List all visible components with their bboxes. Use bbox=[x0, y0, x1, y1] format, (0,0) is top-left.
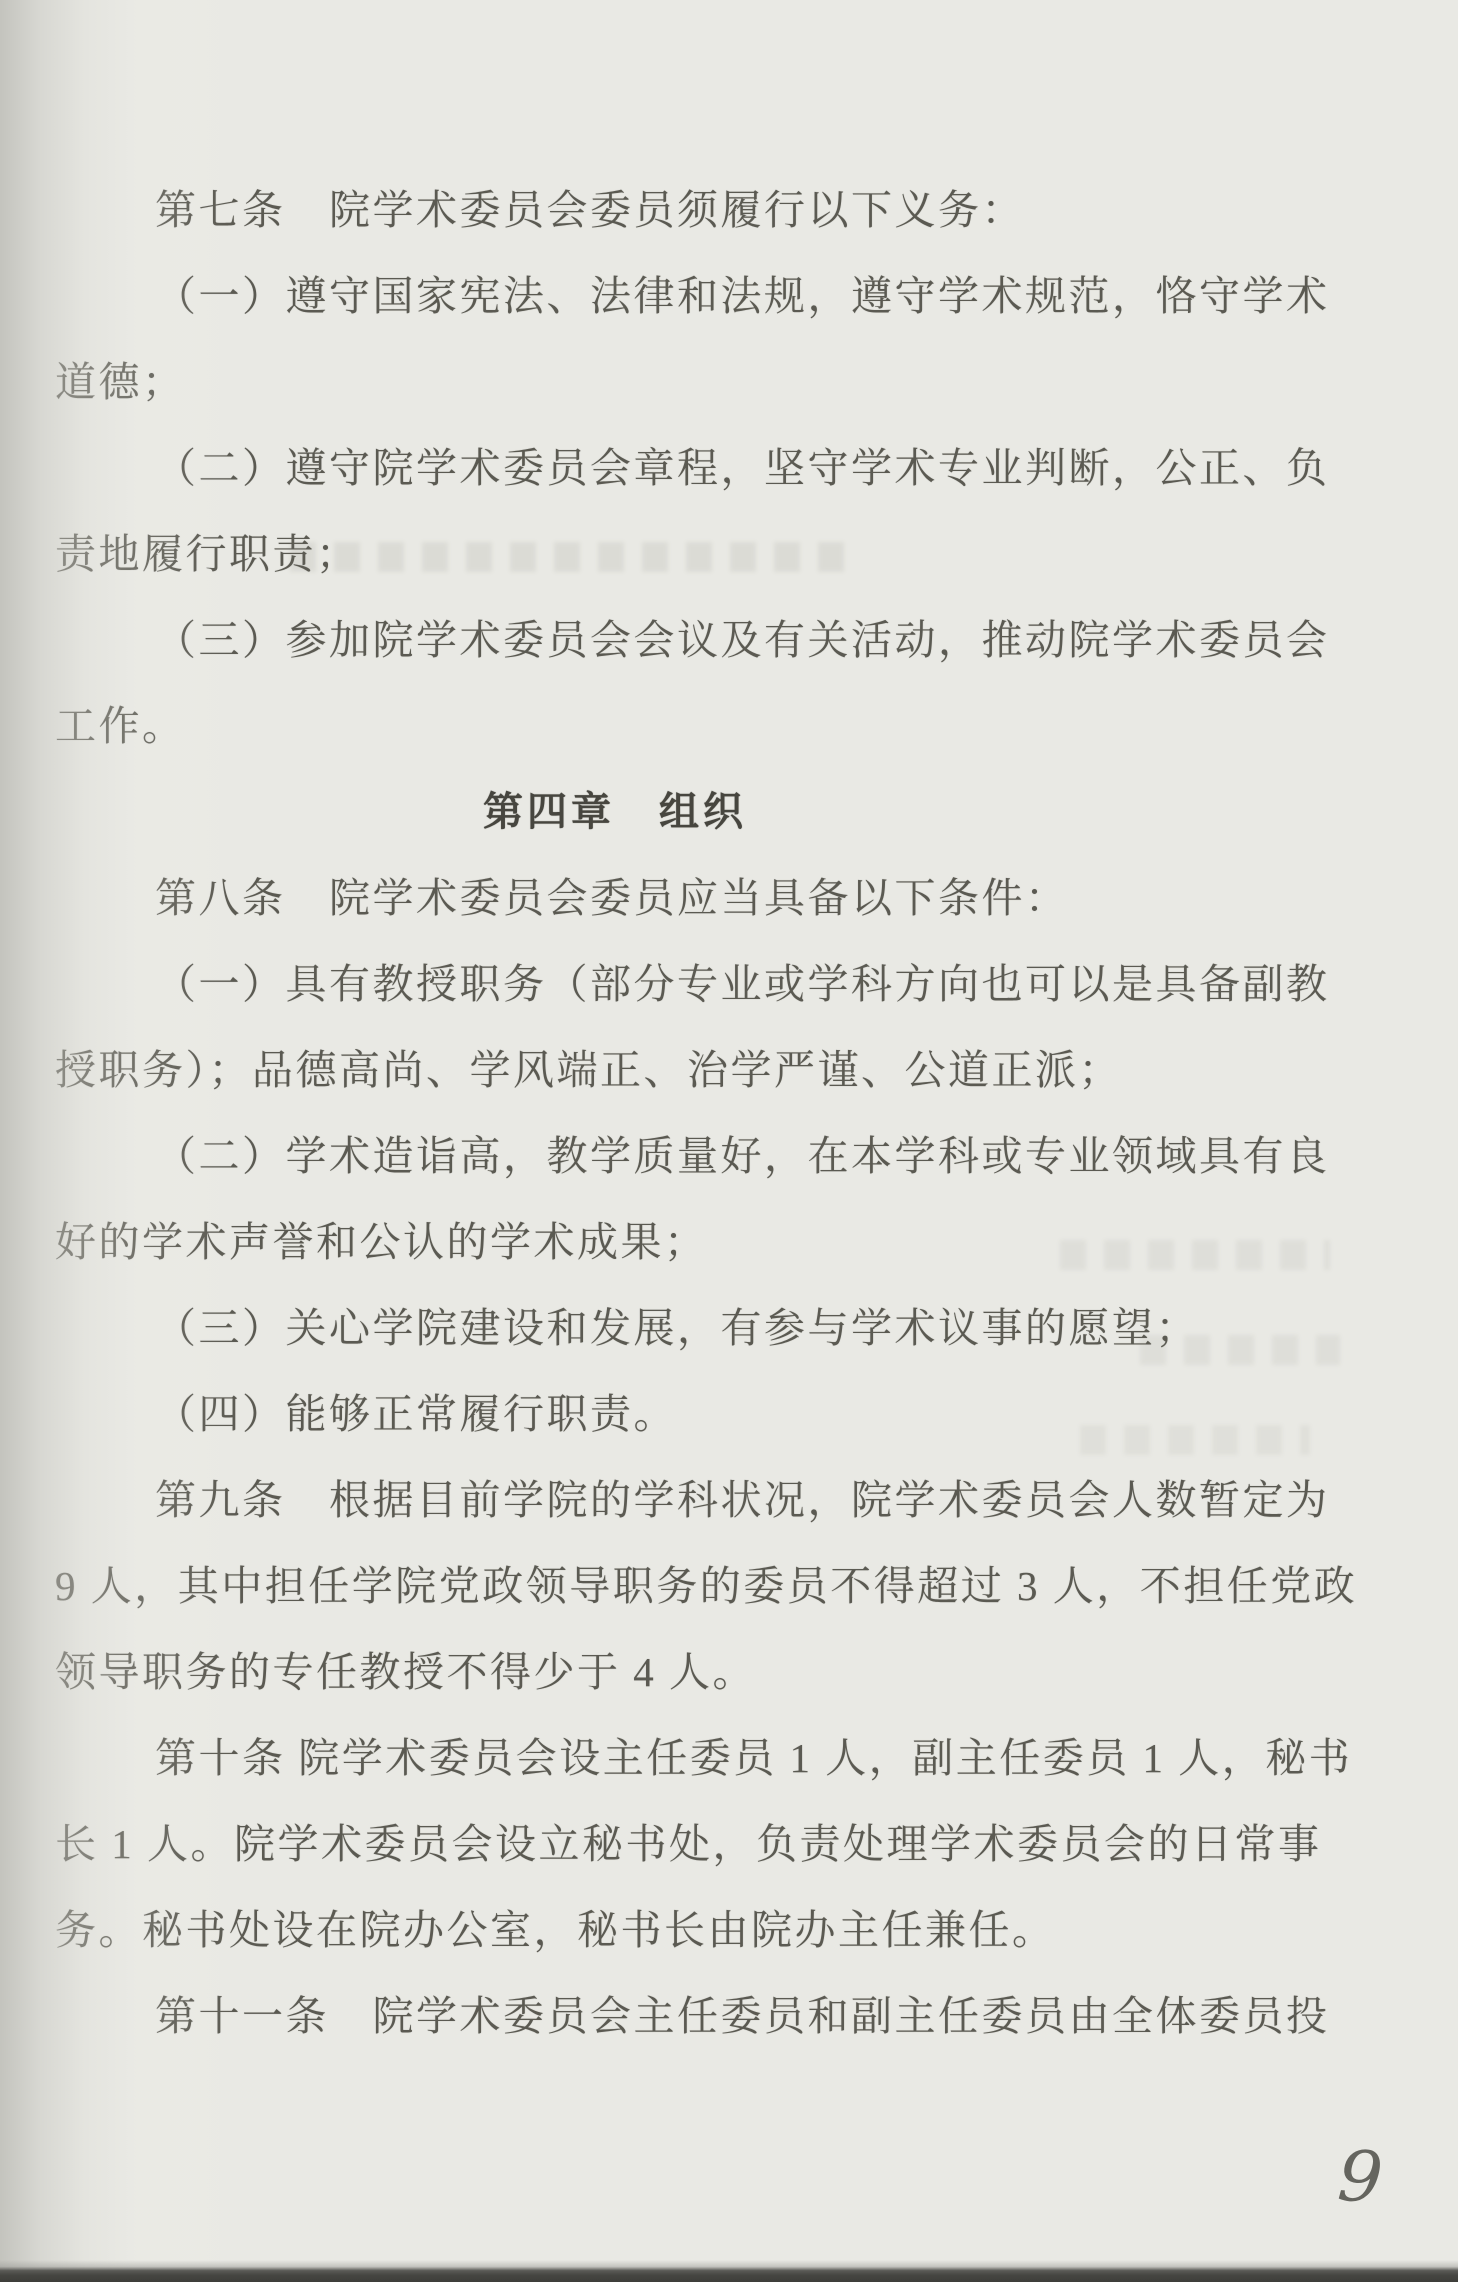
article-8-title: 第八条 院学术委员会委员应当具备以下条件： bbox=[55, 851, 1365, 937]
article-9-line-3: 领导职务的专任教授不得少于 4 人。 bbox=[55, 1625, 1365, 1711]
article-7-item-2-cont: 责地履行职责； bbox=[55, 507, 1365, 593]
article-8-item-1: （一）具有教授职务（部分专业或学科方向也可以是具备副教 bbox=[55, 937, 1365, 1023]
article-8-item-2-cont: 好的学术声誉和公认的学术成果； bbox=[55, 1195, 1365, 1281]
article-7-item-3-cont: 工作。 bbox=[55, 679, 1365, 765]
article-9-line-1: 第九条 根据目前学院的学科状况，院学术委员会人数暂定为 bbox=[55, 1453, 1365, 1539]
article-8-item-1-cont: 授职务）；品德高尚、学风端正、治学严谨、公道正派； bbox=[55, 1023, 1365, 1109]
article-7-item-1-cont: 道德； bbox=[55, 335, 1365, 421]
page-number: 9 bbox=[1335, 2135, 1385, 2220]
article-10-line-2: 长 1 人。院学术委员会设立秘书处，负责处理学术委员会的日常事 bbox=[55, 1797, 1365, 1883]
article-11-line-1: 第十一条 院学术委员会主任委员和副主任委员由全体委员投 bbox=[55, 1969, 1365, 2055]
document-body: 第七条 院学术委员会委员须履行以下义务： （一）遵守国家宪法、法律和法规，遵守学… bbox=[55, 163, 1365, 2055]
article-8-item-2: （二）学术造诣高，教学质量好，在本学科或专业领域具有良 bbox=[55, 1109, 1365, 1195]
chapter-heading: 第四章 组织 bbox=[55, 765, 1365, 851]
article-10-line-1: 第十条 院学术委员会设主任委员 1 人，副主任委员 1 人，秘书 bbox=[55, 1711, 1365, 1797]
article-7-item-2: （二）遵守院学术委员会章程，坚守学术专业判断，公正、负 bbox=[55, 421, 1365, 507]
article-7-item-1: （一）遵守国家宪法、法律和法规，遵守学术规范，恪守学术 bbox=[55, 249, 1365, 335]
article-8-item-4: （四）能够正常履行职责。 bbox=[55, 1367, 1365, 1453]
scanned-document-page: 第七条 院学术委员会委员须履行以下义务： （一）遵守国家宪法、法律和法规，遵守学… bbox=[0, 0, 1458, 2282]
article-8-item-3: （三）关心学院建设和发展，有参与学术议事的愿望； bbox=[55, 1281, 1365, 1367]
article-7-title: 第七条 院学术委员会委员须履行以下义务： bbox=[55, 163, 1365, 249]
article-7-item-3: （三）参加院学术委员会会议及有关活动，推动院学术委员会 bbox=[55, 593, 1365, 679]
scan-bottom-edge bbox=[0, 2260, 1458, 2282]
article-9-line-2: 9 人，其中担任学院党政领导职务的委员不得超过 3 人，不担任党政 bbox=[55, 1539, 1365, 1625]
article-10-line-3: 务。秘书处设在院办公室，秘书长由院办主任兼任。 bbox=[55, 1883, 1365, 1969]
